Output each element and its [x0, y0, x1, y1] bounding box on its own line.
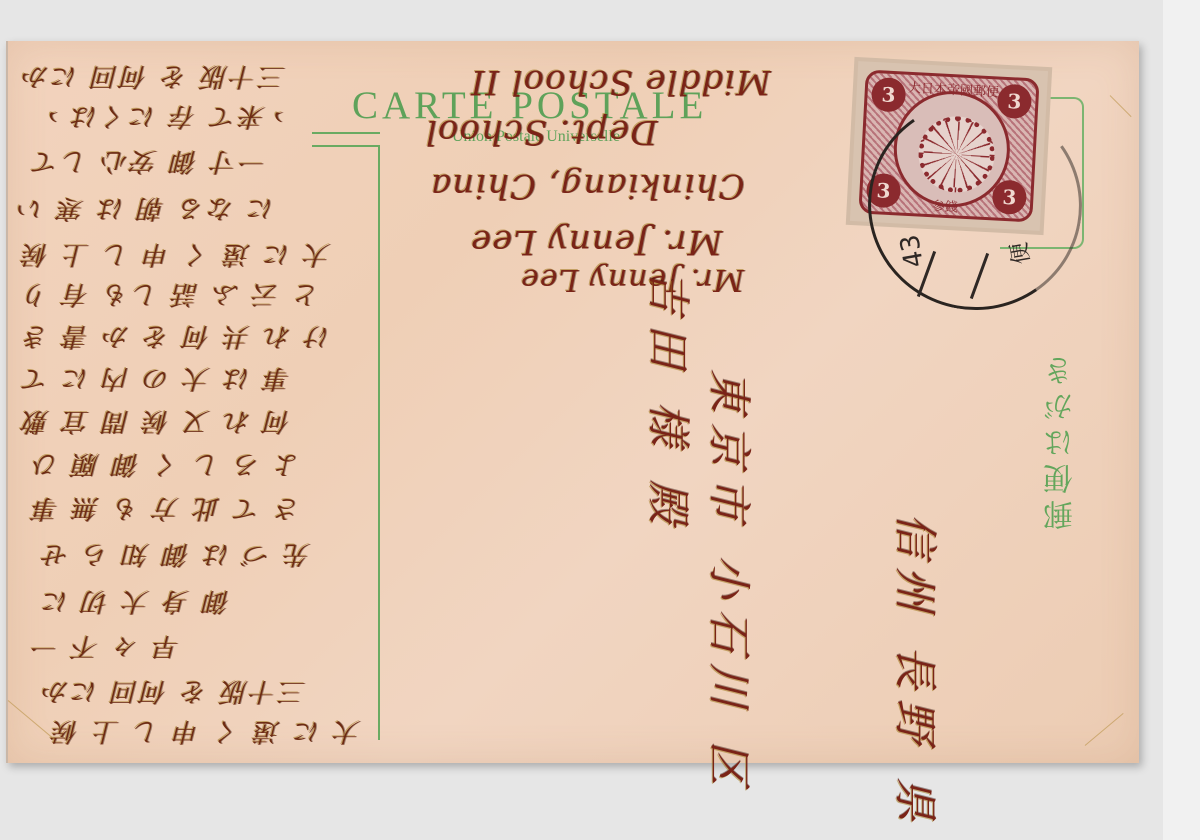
english-address-line: Mr. Jenny Lee: [470, 222, 722, 262]
message-line: 事 は 大 の 内 に て: [20, 362, 291, 399]
message-line: と 云 ふ 話 しも 有 り: [20, 278, 320, 315]
divider-top-line-2: [312, 145, 380, 147]
message-line: け れ 共 何 を か 書 き: [20, 320, 331, 357]
message-line: 三十版 を 何回 にか: [40, 675, 306, 712]
message-line: よ ろ し く 御 願 ひ: [30, 448, 301, 485]
message-line: 一寸 御 安心 して: [30, 145, 267, 182]
message-line: 大 に 遠 く 申 し 上 候: [20, 238, 331, 275]
japanese-address-line: 吉田 様 殿: [640, 270, 704, 534]
message-line: 先 づ は 御 知 ら せ: [40, 538, 311, 575]
stamp-corner-tl: 3: [871, 77, 907, 113]
message-line: 御 身 大 切 に: [40, 585, 230, 622]
message-line: 大 に 遠 く 申 し 上 候: [50, 715, 361, 752]
english-address-line: Mr. Jenny Lee: [520, 262, 744, 297]
scan-margin: [1163, 0, 1200, 840]
message-line: ゝ来て 存 にくはゝ: [40, 100, 295, 137]
message-line: さ て 此 方 も 無 事: [30, 492, 301, 529]
english-address-line: Chinkiang, China: [430, 166, 745, 206]
stamp-inscription: 大日本帝國郵便: [908, 77, 1000, 101]
postmark-date: 43: [895, 232, 930, 270]
message-line: 三十版 を 何回 にか: [20, 60, 286, 97]
japanese-address-line: 東京市 小石川 区: [701, 369, 765, 795]
divider-top-line: [312, 132, 380, 134]
japanese-address-line: 信州 長野 県: [887, 513, 951, 831]
english-address-line: Middle School II: [470, 62, 771, 102]
postcard-label-jp: 郵便はがき: [1040, 300, 1100, 530]
divider-vertical-line: [378, 145, 380, 740]
message-line: 何 れ 又 候 間 宜 敷: [20, 405, 291, 442]
message-line: に なる 朝 は 寒 い: [15, 192, 274, 229]
message-line: 早 々 不 一: [30, 630, 180, 667]
english-address-line: Dept. School: [425, 112, 657, 152]
